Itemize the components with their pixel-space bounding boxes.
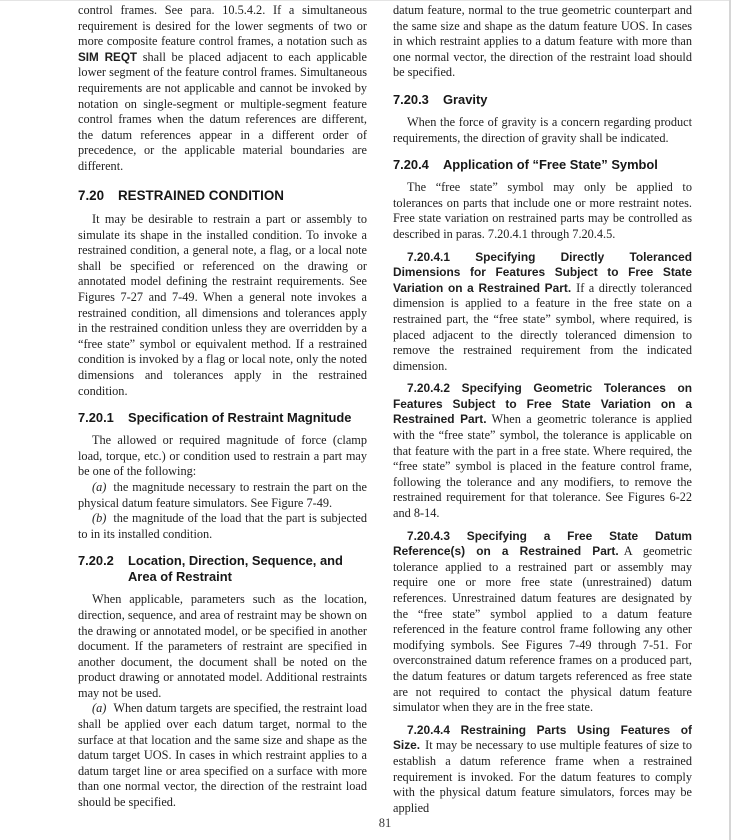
heading-number: 7.20.2: [78, 553, 128, 569]
section-heading-7-20-4: 7.20.4Application of “Free State” Symbol: [393, 157, 692, 173]
heading-title: Application of “Free State” Symbol: [443, 157, 658, 172]
paragraph: When applicable, parameters such as the …: [78, 592, 367, 701]
section-heading-7-20-2: 7.20.2Location, Direction, Sequence, and…: [78, 553, 367, 585]
paragraph-text: shall be placed adjacent to each applica…: [78, 50, 367, 173]
paragraph: control frames. See para. 10.5.4.2. If a…: [78, 3, 367, 175]
subsection-7-20-4-2: 7.20.4.2 Specifying Geometric Tolerances…: [393, 381, 692, 521]
paragraph-text: It may be necessary to use multiple feat…: [393, 738, 692, 814]
section-heading-7-20: 7.20RESTRAINED CONDITION: [78, 188, 367, 205]
subsection-7-20-4-1: 7.20.4.1 Specifying Directly Toleranced …: [393, 250, 692, 375]
paragraph-text: When a geometric tolerance is applied wi…: [393, 412, 692, 520]
list-item-a: (a)the magnitude necessary to restrain t…: [78, 480, 367, 511]
body-column-left: control frames. See para. 10.5.4.2. If a…: [78, 3, 367, 816]
heading-number: 7.20: [78, 188, 118, 205]
page-number: 81: [78, 816, 692, 831]
heading-title: RESTRAINED CONDITION: [118, 188, 284, 203]
paragraph: The allowed or required magnitude of for…: [78, 433, 367, 480]
list-marker: (a): [92, 701, 106, 715]
heading-title: Location, Direction, Sequence, and Area …: [128, 553, 343, 584]
list-item-b: (b)the magnitude of the load that the pa…: [78, 511, 367, 542]
paragraph-text: the magnitude of the load that the part …: [78, 511, 367, 541]
paragraph-text: the magnitude necessary to restrain the …: [78, 480, 367, 510]
bold-notation: SIM REQT: [78, 51, 137, 64]
paragraph: datum feature, normal to the true geomet…: [393, 3, 692, 81]
paragraph-text: When the force of gravity is a concern r…: [393, 115, 692, 145]
paragraph-text: The allowed or required magnitude of for…: [78, 433, 367, 478]
paragraph-text: It may be desirable to restrain a part o…: [78, 212, 367, 398]
list-marker: (a): [92, 480, 106, 494]
paragraph: The “free state” symbol may only be appl…: [393, 180, 692, 242]
list-item-a: (a)When datum targets are specified, the…: [78, 701, 367, 810]
heading-number: 7.20.4: [393, 157, 443, 173]
paragraph-text: When applicable, parameters such as the …: [78, 592, 367, 700]
heading-number: 7.20.1: [78, 410, 128, 426]
heading-number: 7.20.3: [393, 92, 443, 108]
heading-title: Specification of Restraint Magnitude: [128, 410, 351, 425]
paragraph: When the force of gravity is a concern r…: [393, 115, 692, 146]
document-page: control frames. See para. 10.5.4.2. If a…: [0, 0, 731, 840]
section-heading-7-20-3: 7.20.3Gravity: [393, 92, 692, 108]
paragraph-text: control frames. See para. 10.5.4.2. If a…: [78, 3, 367, 48]
list-marker: (b): [92, 511, 106, 525]
paragraph: It may be desirable to restrain a part o…: [78, 212, 367, 399]
subsection-7-20-4-4: 7.20.4.4 Restraining Parts Using Feature…: [393, 723, 692, 817]
subsection-7-20-4-3: 7.20.4.3 Specifying a Free State Datum R…: [393, 529, 692, 716]
section-heading-7-20-1: 7.20.1Specification of Restraint Magnitu…: [78, 410, 367, 426]
paragraph-text: A geometric tolerance applied to a restr…: [393, 544, 692, 714]
paragraph-text: The “free state” symbol may only be appl…: [393, 180, 692, 241]
paragraph-text: When datum targets are specified, the re…: [78, 701, 367, 809]
two-column-body: control frames. See para. 10.5.4.2. If a…: [0, 0, 731, 816]
body-column-right: datum feature, normal to the true geomet…: [393, 3, 692, 816]
heading-title: Gravity: [443, 92, 487, 107]
paragraph-text: datum feature, normal to the true geomet…: [393, 3, 692, 79]
